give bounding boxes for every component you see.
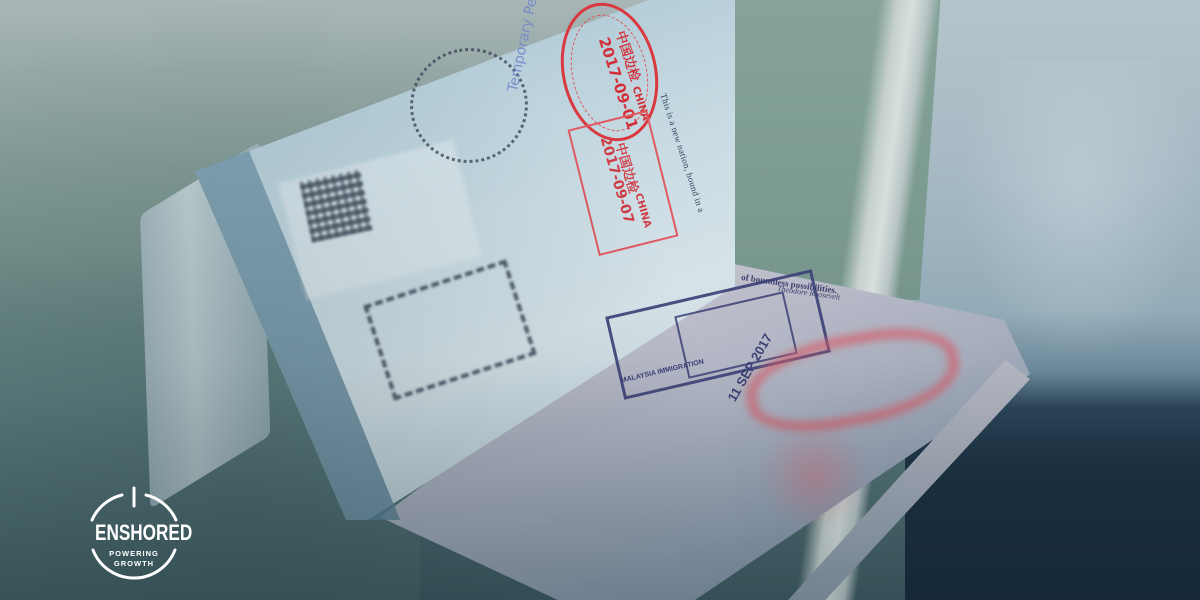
logo-tagline-line1: POWERING [84,549,184,558]
logo-wordmark: ENSHORED [95,521,173,545]
backdrop-glow [960,60,1200,360]
qr-code [299,169,373,243]
passport-photo: Temporary Permit to stay in 2017-09-01 中… [0,0,1200,600]
red-blurred-stamp-lower [760,420,870,530]
logo-tagline-line2: GROWTH [84,559,184,568]
enshored-logo: ENSHORED POWERING GROWTH [84,486,184,582]
